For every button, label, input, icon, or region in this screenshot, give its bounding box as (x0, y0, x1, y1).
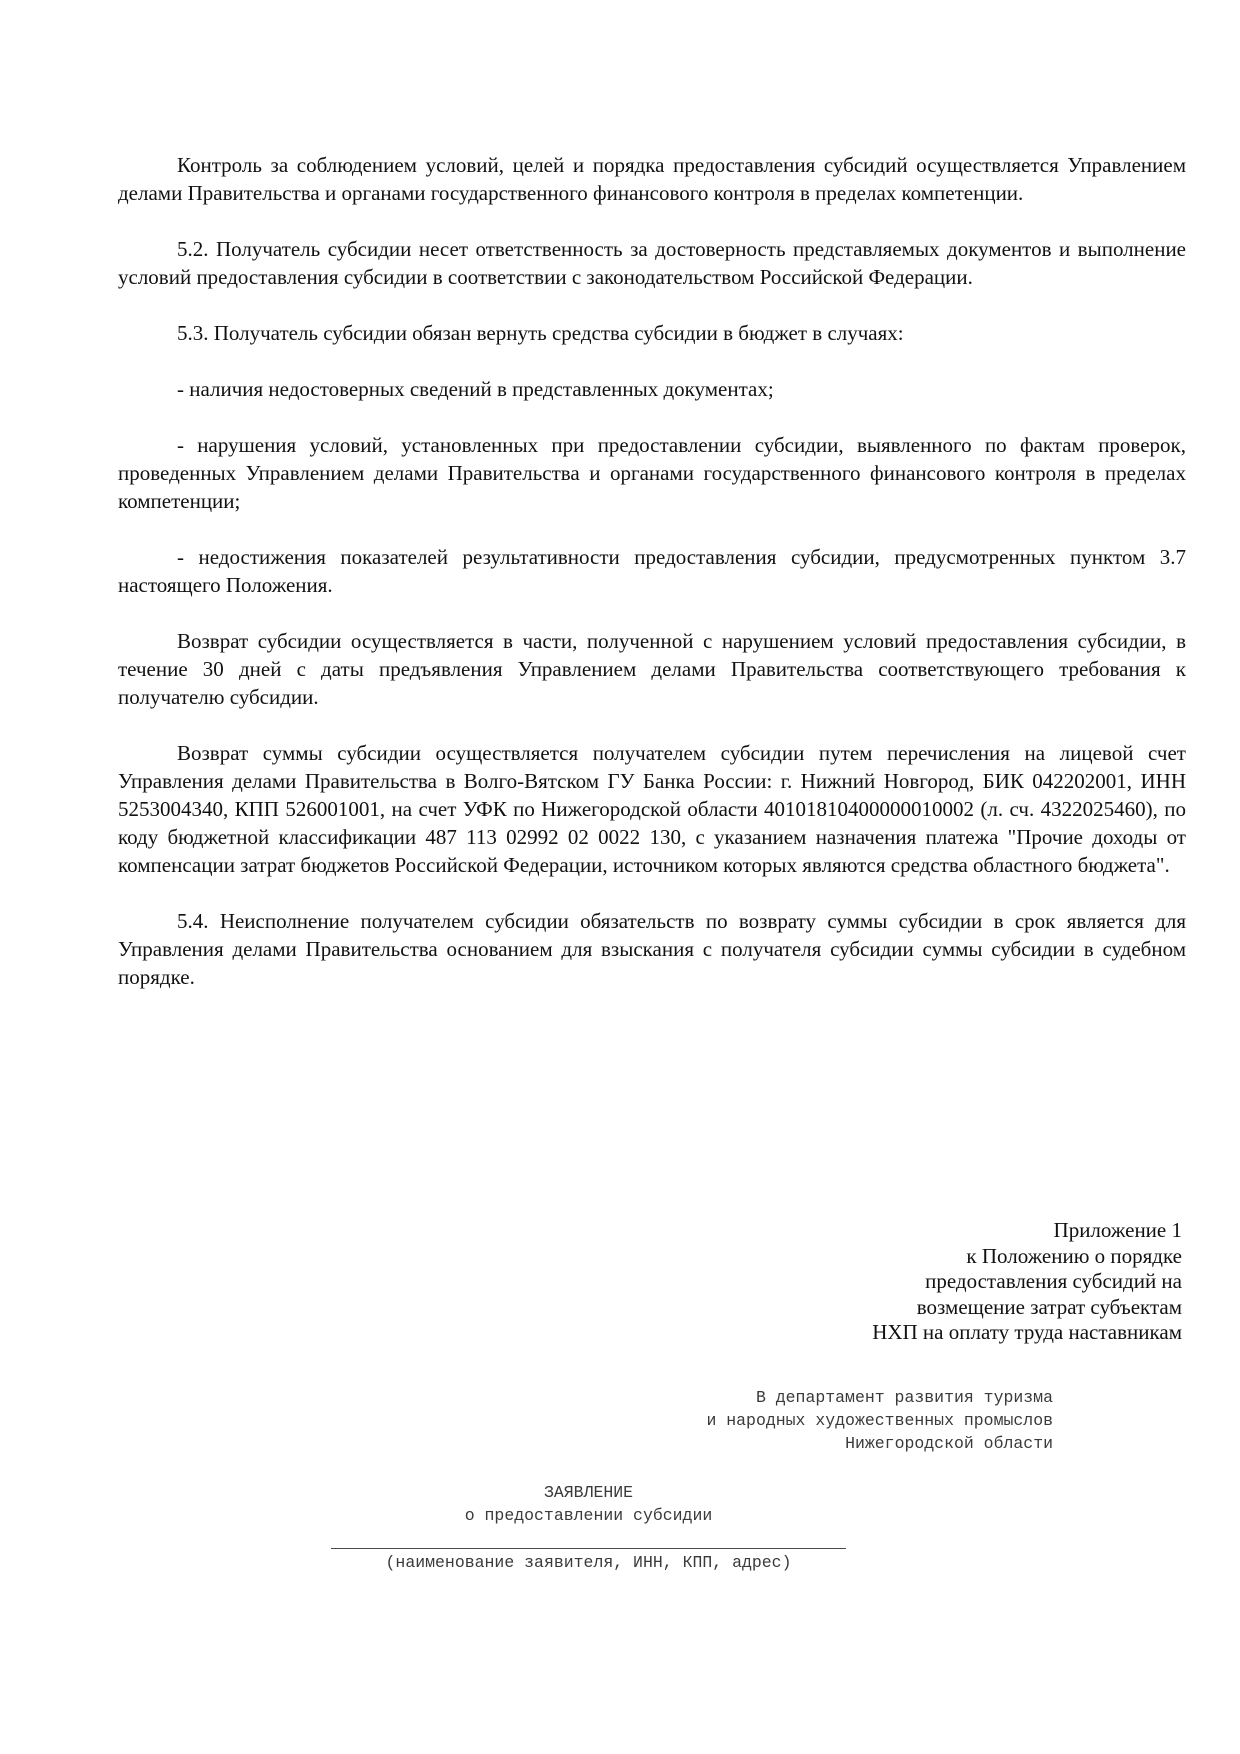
form-heading: ЗАЯВЛЕНИЕ о предоставлении субсидии (331, 1481, 846, 1527)
form-title: ЗАЯВЛЕНИЕ (331, 1481, 846, 1504)
appendix-header: Приложение 1 к Положению о порядке предо… (662, 1218, 1182, 1346)
paragraph-5-2: 5.2. Получатель субсидии несет ответстве… (118, 235, 1186, 291)
list-item-indicators: - недостижения показателей результативно… (118, 543, 1186, 599)
addressee-block: В департамент развития туризма и народны… (493, 1386, 1053, 1455)
document-page: Контроль за соблюдением условий, целей и… (0, 0, 1240, 1754)
paragraph-5-4: 5.4. Неисполнение получателем субсидии о… (118, 907, 1186, 991)
list-item-violation: - нарушения условий, установленных при п… (118, 431, 1186, 515)
paragraph-5-3: 5.3. Получатель субсидии обязан вернуть … (118, 319, 1186, 347)
list-item-false-info: - наличия недостоверных сведений в предс… (118, 375, 1186, 403)
addressee-line: и народных художественных промыслов (493, 1409, 1053, 1432)
appendix-line: возмещение затрат субъектам (662, 1295, 1182, 1321)
paragraph-control: Контроль за соблюдением условий, целей и… (118, 151, 1186, 207)
paragraph-refund-terms: Возврат субсидии осуществляется в части,… (118, 627, 1186, 711)
appendix-line: Приложение 1 (662, 1218, 1182, 1244)
paragraph-refund-details: Возврат суммы субсидии осуществляется по… (118, 739, 1186, 879)
appendix-line: НХП на оплату труда наставникам (662, 1320, 1182, 1346)
form-subtitle: о предоставлении субсидии (331, 1504, 846, 1527)
appendix-line: к Положению о порядке (662, 1244, 1182, 1270)
appendix-line: предоставления субсидий на (662, 1269, 1182, 1295)
addressee-line: В департамент развития туризма (493, 1386, 1053, 1409)
addressee-line: Нижегородской области (493, 1432, 1053, 1455)
applicant-blank-line (331, 1548, 846, 1549)
section-5-body: Контроль за соблюдением условий, целей и… (118, 151, 1186, 1019)
applicant-caption: (наименование заявителя, ИНН, КПП, адрес… (331, 1551, 846, 1574)
